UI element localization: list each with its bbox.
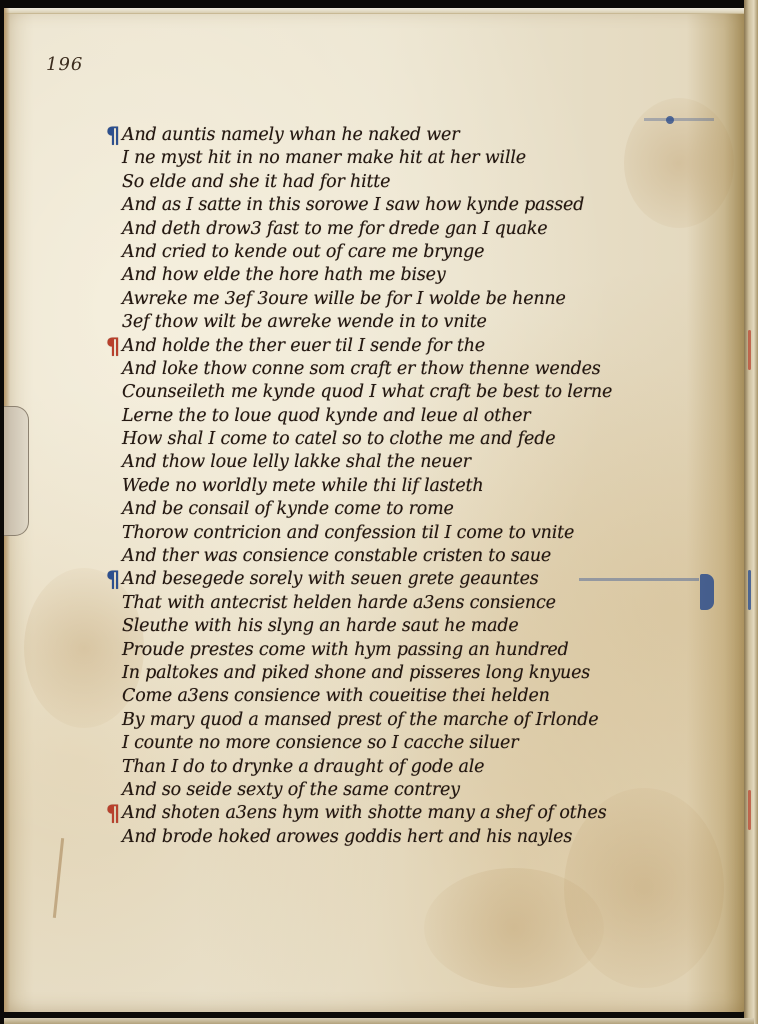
text-line: Than I do to drynke a draught of gode al… bbox=[122, 756, 722, 779]
text-line: And thow loue lelly lakke shal the neuer bbox=[122, 451, 722, 474]
top-edge bbox=[4, 8, 746, 14]
adjacent-leaf-edge bbox=[744, 0, 758, 1024]
paraph-red-icon: ¶ bbox=[106, 337, 120, 359]
text-line: So elde and she it had for hitte bbox=[122, 171, 722, 194]
text-line: And so seide sexty of the same contrey bbox=[122, 779, 722, 802]
text-line: And brode hoked arowes goddis hert and h… bbox=[122, 826, 722, 849]
text-line: And loke thow conne som craft er thow th… bbox=[122, 358, 722, 381]
text-line: ¶And shoten a3ens hym with shotte many a… bbox=[122, 802, 722, 825]
text-line: And ther was consience constable cristen… bbox=[122, 545, 722, 568]
paraph-red-icon: ¶ bbox=[106, 804, 120, 826]
text-line: And cried to kende out of care me brynge bbox=[122, 241, 722, 264]
text-line: 3ef thow wilt be awreke wende in to vnit… bbox=[122, 311, 722, 334]
text-line: In paltokes and piked shone and pisseres… bbox=[122, 662, 722, 685]
manuscript-leaf: 196 ¶And auntis namely whan he naked wer… bbox=[4, 8, 746, 1012]
text-line: And as I satte in this sorowe I saw how … bbox=[122, 194, 722, 217]
clasp-strap bbox=[4, 406, 29, 536]
text-line: By mary quod a mansed prest of the march… bbox=[122, 709, 722, 732]
text-line: Awreke me 3ef 3oure wille be for I wolde… bbox=[122, 288, 722, 311]
text-line: Sleuthe with his slyng an harde saut he … bbox=[122, 615, 722, 638]
ink-stroke-mark bbox=[53, 838, 64, 918]
folio-number: 196 bbox=[46, 54, 83, 75]
text-line: Thorow contricion and confession til I c… bbox=[122, 522, 722, 545]
text-line: And deth drow3 fast to me for drede gan … bbox=[122, 218, 722, 241]
red-mark-icon bbox=[748, 790, 751, 830]
text-line: Counseileth me kynde quod I what craft b… bbox=[122, 381, 722, 404]
red-mark-icon bbox=[748, 330, 751, 370]
text-line: And how elde the hore hath me bisey bbox=[122, 264, 722, 287]
text-line: That with antecrist helden harde a3ens c… bbox=[122, 592, 722, 615]
bottom-edge bbox=[4, 1018, 754, 1024]
blue-ink-dot-icon bbox=[666, 116, 674, 124]
text-line: Proude prestes come with hym passing an … bbox=[122, 639, 722, 662]
paraph-blue-icon: ¶ bbox=[106, 126, 120, 148]
text-column: ¶And auntis namely whan he naked wer I n… bbox=[122, 124, 722, 849]
blue-mark-icon bbox=[748, 570, 751, 610]
text-line: I ne myst hit in no maner make hit at he… bbox=[122, 147, 722, 170]
paraph-blue-icon: ¶ bbox=[106, 570, 120, 592]
text-line: ¶And auntis namely whan he naked wer bbox=[122, 124, 722, 147]
text-line: ¶And holde the ther euer til I sende for… bbox=[122, 335, 722, 358]
text-line: How shal I come to catel so to clothe me… bbox=[122, 428, 722, 451]
text-line: ¶And besegede sorely with seuen grete ge… bbox=[122, 568, 722, 591]
text-line: And be consail of kynde come to rome bbox=[122, 498, 722, 521]
text-line: I counte no more consience so I cacche s… bbox=[122, 732, 722, 755]
text-line: Lerne the to loue quod kynde and leue al… bbox=[122, 405, 722, 428]
text-line: Come a3ens consience with coueitise thei… bbox=[122, 685, 722, 708]
text-line: Wede no worldly mete while thi lif laste… bbox=[122, 475, 722, 498]
blue-guide-line bbox=[644, 118, 714, 121]
